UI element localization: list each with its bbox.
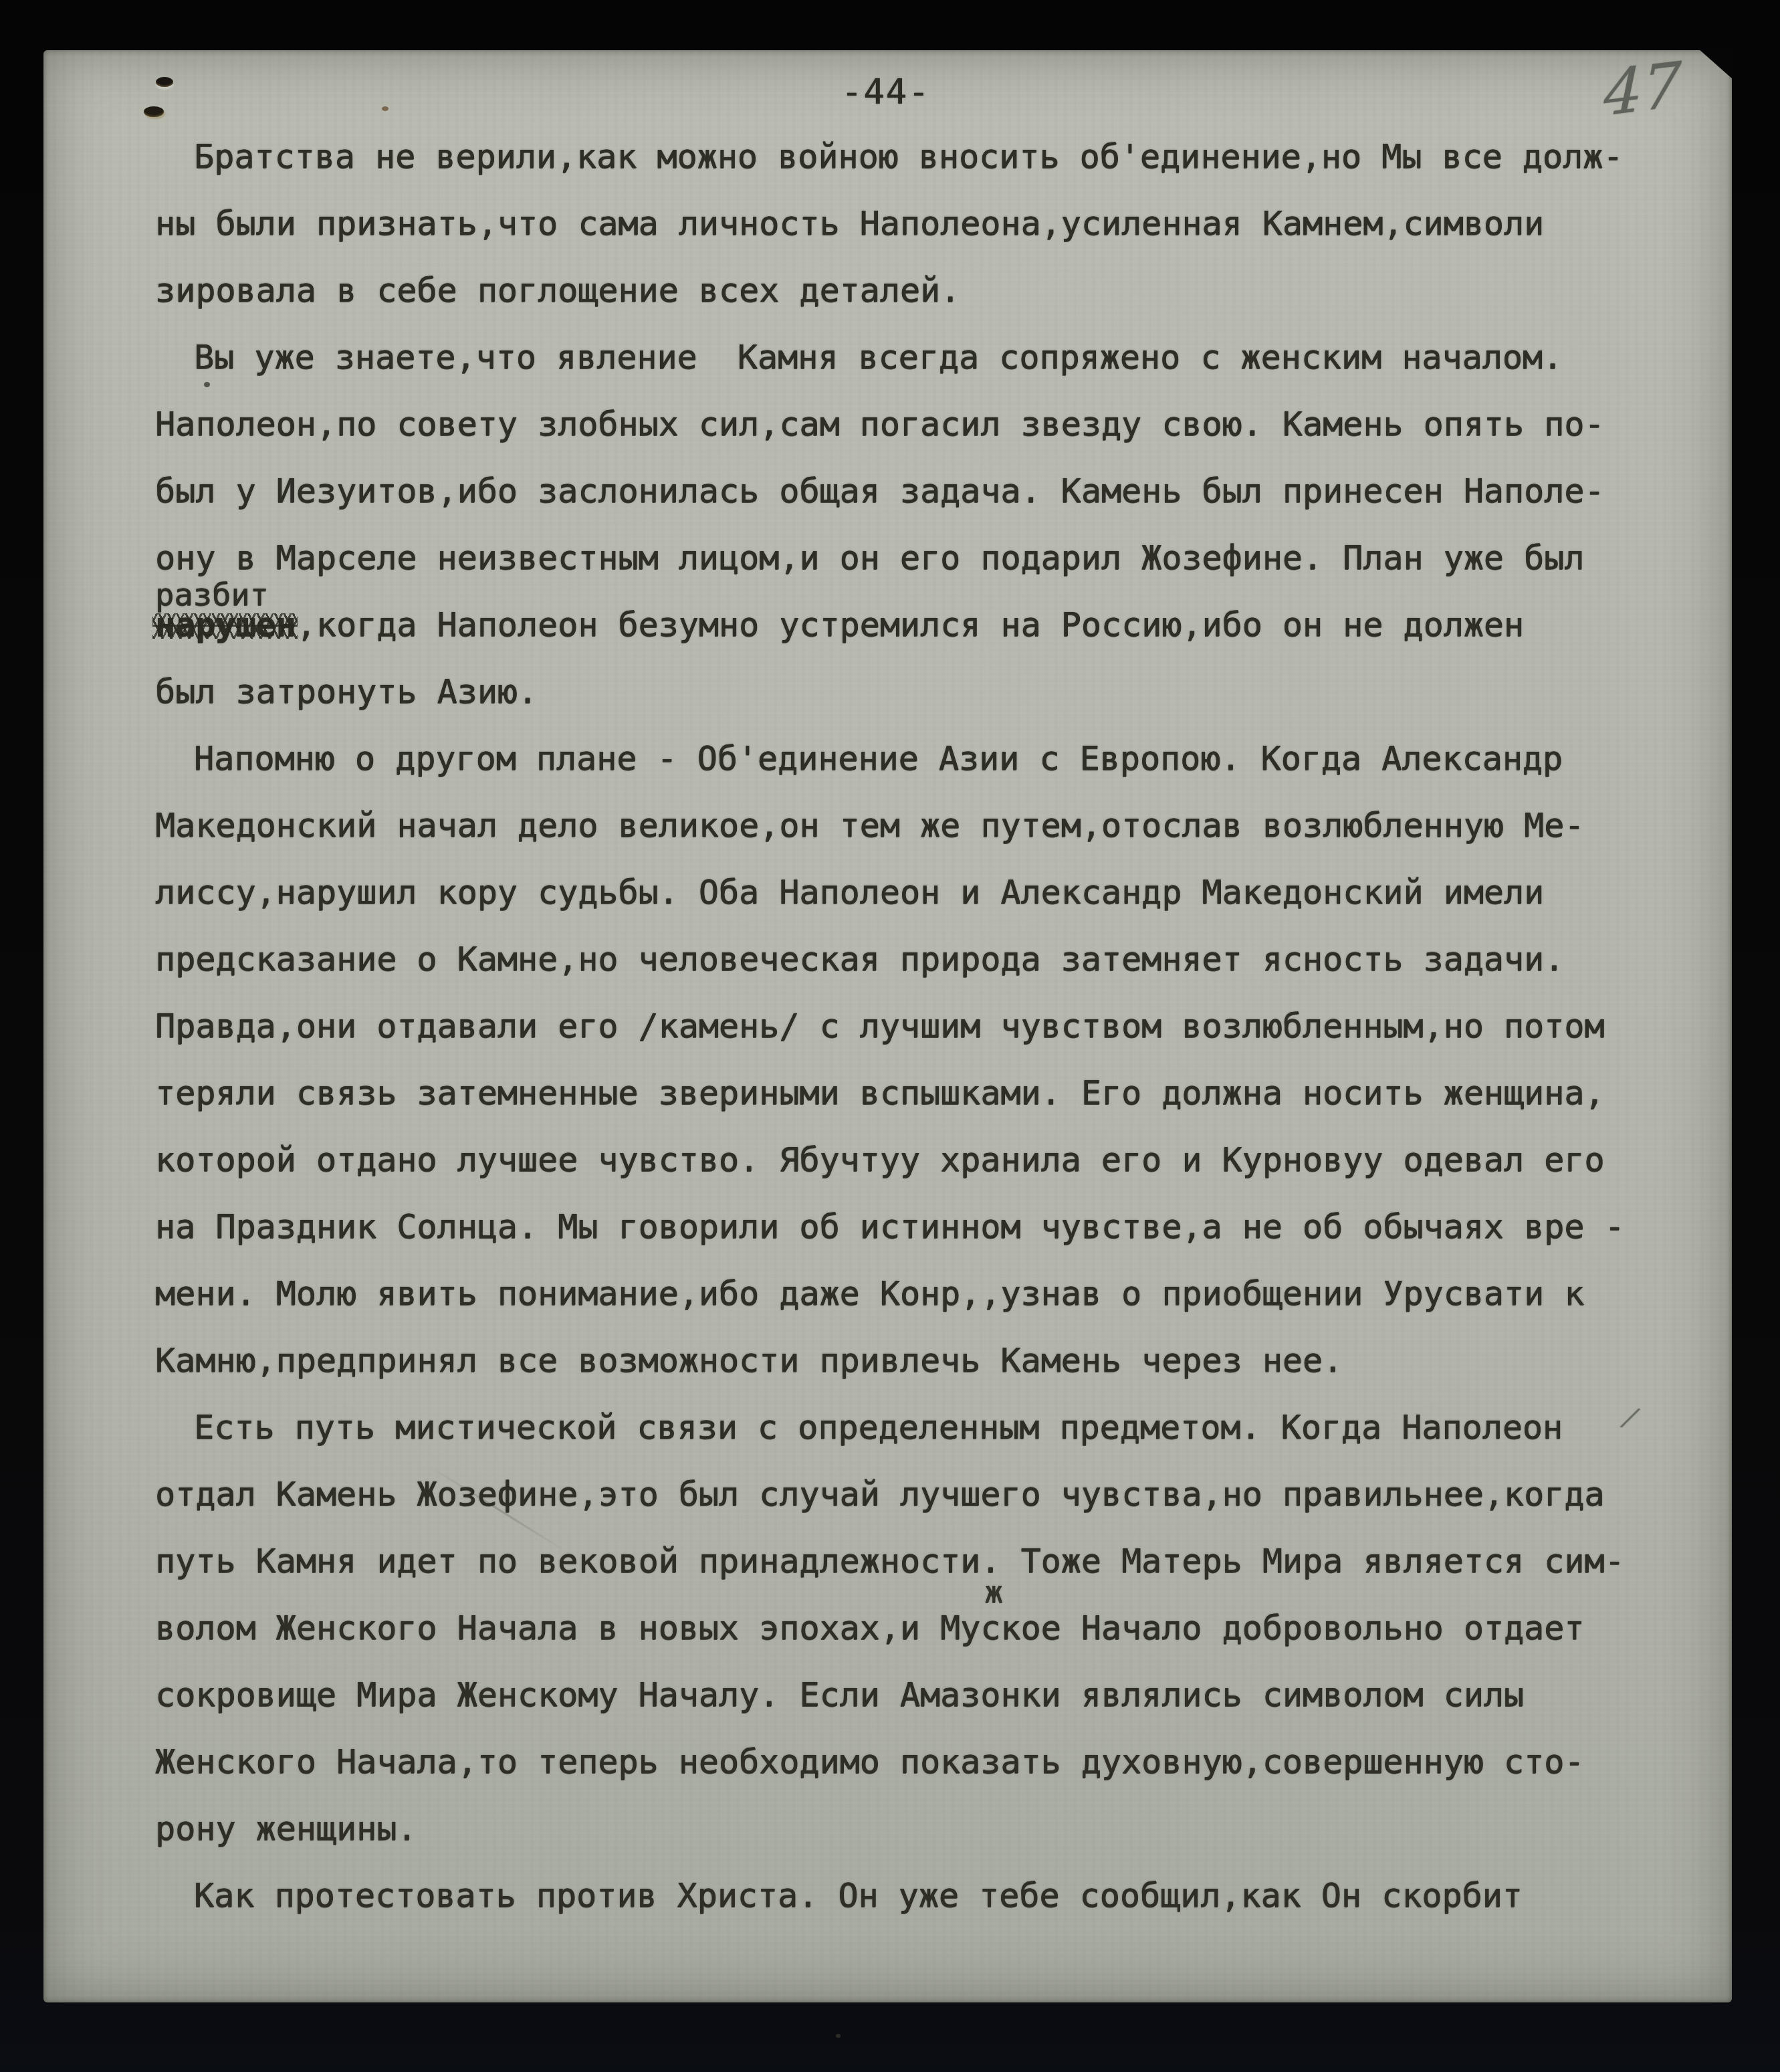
text-line: ону в Марселе неизвестным лицом,и он его…	[155, 538, 1584, 577]
text-line: Женского Начала,то теперь необходимо пок…	[155, 1742, 1584, 1781]
text-line: был затронуть Азию.	[155, 672, 538, 711]
text-line: предсказание о Камне,но человеческая при…	[155, 940, 1564, 978]
text-line: волом Женского Начала в новых эпохах,и М…	[155, 1609, 1584, 1647]
text-segment: на Праздник Солнца. Мы говорили об истин…	[155, 1207, 1625, 1246]
text-segment: ское	[980, 1609, 1061, 1647]
text-segment: Есть путь мистической связи с определенн…	[194, 1408, 1563, 1447]
text-line: Есть путь мистической связи с определенн…	[194, 1408, 1563, 1447]
text-line: сокровище Мира Женскому Началу. Если Ама…	[155, 1675, 1524, 1714]
text-segment: ,когда Наполеон безумно устремился на Ро…	[296, 605, 1524, 644]
text-segment: Женского Начала,то теперь необходимо пок…	[155, 1742, 1584, 1781]
text-segment: Как протестовать против Христа. Он уже т…	[194, 1876, 1523, 1915]
text-segment: волом Женского Начала в новых эпохах,и М…	[155, 1609, 980, 1647]
text-segment: рону женщины.	[155, 1809, 417, 1848]
text-segment: Братства не верили,как можно войною внос…	[194, 137, 1623, 176]
text-line: теряли связь затемненные звериными вспыш…	[155, 1073, 1604, 1112]
text-line: Камню,предпринял все возможности привлеч…	[155, 1341, 1343, 1380]
text-segment: путь Камня идет по вековой принадлежност…	[155, 1542, 1625, 1580]
text-segment: Правда,они отдавали его /камень/ с лучши…	[155, 1007, 1604, 1045]
text-line: на Праздник Солнца. Мы говорили об истин…	[155, 1207, 1625, 1246]
text-line: Братства не верили,как можно войною внос…	[194, 137, 1623, 176]
text-segment: лиссу,нарушил кору судьбы. Оба Наполеон …	[155, 873, 1544, 912]
text-segment: сокровище Мира Женскому Началу. Если Ама…	[155, 1675, 1524, 1714]
struck-out-word: нарушен	[155, 605, 296, 644]
corner-cut	[1698, 49, 1733, 80]
text-segment: Начало добровольно отдает	[1061, 1609, 1585, 1647]
text-segment: ны были признать,что сама личность Напол…	[155, 204, 1544, 243]
text-line: Наполеон,по совету злобных сил,сам погас…	[155, 405, 1604, 443]
text-segment: предсказание о Камне,но человеческая при…	[155, 940, 1564, 978]
text-segment: Камню,предпринял все возможности привлеч…	[155, 1341, 1343, 1380]
text-segment: отдал Камень Жозефине,это был случай луч…	[155, 1475, 1604, 1514]
text-line: которой отдано лучшее чувство. Ябучтуу х…	[155, 1140, 1604, 1179]
text-line: нарушен,когда Наполеон безумно устремилс…	[155, 605, 1524, 644]
text-line: ны были признать,что сама личность Напол…	[155, 204, 1544, 243]
text-line: лиссу,нарушил кору судьбы. Оба Наполеон …	[155, 873, 1544, 912]
text-segment: зировала в себе поглощение всех деталей.	[155, 271, 960, 310]
correction-anchor: скоеж	[980, 1609, 1061, 1647]
scan-background: -44- 47 ⁄ Братства не верили,как можно в…	[0, 0, 1780, 2072]
text-layer: Братства не верили,как можно войною внос…	[0, 0, 1780, 2072]
text-segment: ону в Марселе неизвестным лицом,и он его…	[155, 538, 1584, 577]
text-line: Вы уже знаете,что явление Камня всегда с…	[194, 338, 1563, 377]
text-line: путь Камня идет по вековой принадлежност…	[155, 1542, 1625, 1580]
text-segment: был у Иезуитов,ибо заслонилась общая зад…	[155, 472, 1604, 510]
text-line: Как протестовать против Христа. Он уже т…	[194, 1876, 1523, 1915]
text-line: Правда,они отдавали его /камень/ с лучши…	[155, 1007, 1604, 1045]
text-line: зировала в себе поглощение всех деталей.	[155, 271, 960, 310]
text-line: Македонский начал дело великое,он тем же…	[155, 806, 1584, 845]
text-segment: которой отдано лучшее чувство. Ябучтуу х…	[155, 1140, 1604, 1179]
text-segment: был затронуть Азию.	[155, 672, 538, 711]
text-segment: Вы уже знаете,что явление Камня всегда с…	[194, 338, 1563, 377]
text-line: отдал Камень Жозефине,это был случай луч…	[155, 1475, 1604, 1514]
text-segment: Македонский начал дело великое,он тем же…	[155, 806, 1584, 845]
text-line: мени. Молю явить понимание,ибо даже Конр…	[155, 1274, 1584, 1313]
text-segment: Напомню о другом плане - Об'единение Ази…	[194, 739, 1563, 778]
text-line: был у Иезуитов,ибо заслонилась общая зад…	[155, 472, 1604, 510]
text-segment: мени. Молю явить понимание,ибо даже Конр…	[155, 1274, 1584, 1313]
text-segment: Наполеон,по совету злобных сил,сам погас…	[155, 405, 1604, 443]
text-line: Напомню о другом плане - Об'единение Ази…	[194, 739, 1563, 778]
inserted-correction-letter: ж	[984, 1572, 1003, 1611]
text-segment: теряли связь затемненные звериными вспыш…	[155, 1073, 1604, 1112]
text-line: рону женщины.	[155, 1809, 417, 1848]
